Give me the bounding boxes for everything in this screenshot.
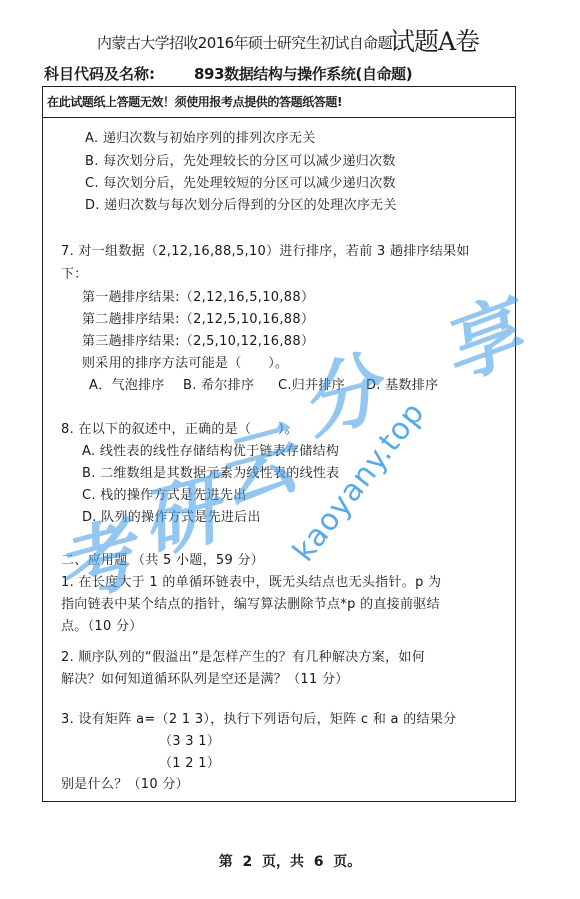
s2-q3-matrix-row2: （3 3 1） <box>159 730 220 749</box>
q7-stem-line1: 7. 对一组数据（2,12,16,88,5,10）进行排序，若前 3 趟排序结果… <box>61 240 470 259</box>
subject-line: 科目代码及名称:893数据结构与操作系统(自命题) <box>44 63 412 84</box>
q8-stem: 8. 在以下的叙述中，正确的是（ ）。 <box>61 418 298 437</box>
q7-result-3: 第三趟排序结果:（2,5,10,12,16,88） <box>82 330 314 349</box>
q7-stem-line2: 下： <box>61 263 88 282</box>
q7-option-d: D. 基数排序 <box>366 374 438 393</box>
question-box: 在此试题纸上答题无效！须使用报考点提供的答题纸答题! A. 递归次数与初始序列的… <box>42 86 516 802</box>
s2-q3-line1: 3. 设有矩阵 a=（2 1 3），执行下列语句后，矩阵 c 和 a 的结果分 <box>61 708 456 727</box>
q8-option-c: C. 栈的操作方式是先进先出 <box>82 484 247 503</box>
subject-label: 科目代码及名称: <box>44 63 194 84</box>
q7-result-2: 第二趟排序结果:（2,12,5,10,16,88） <box>82 308 314 327</box>
s2-q3-line4: 别是什么？（10 分） <box>61 773 189 792</box>
q7-option-a: A．气泡排序 <box>89 374 183 393</box>
s2-q3-matrix-row3: （1 2 1） <box>159 752 220 771</box>
question-content: A. 递归次数与初始序列的排列次序无关 B. 每次划分后，先处理较长的分区可以减… <box>43 87 515 801</box>
q7-question: 则采用的排序方法可能是（ ）。 <box>82 352 288 371</box>
s2-q2-line2: 解决？如何知道循环队列是空还是满？（11 分） <box>61 668 349 687</box>
q6-option-d: D. 递归次数与每次划分后得到的分区的处理次序无关 <box>85 194 397 213</box>
q7-options: A．气泡排序B. 希尔排序C.归并排序D. 基数排序 <box>89 374 438 393</box>
page-number: 第 2 页，共 6 页。 <box>0 851 580 871</box>
q6-option-b: B. 每次划分后，先处理较长的分区可以减少递归次数 <box>85 150 396 169</box>
s2-q1-line1: 1. 在长度大于 1 的单循环链表中，既无头结点也无头指针。p 为 <box>61 571 441 590</box>
q6-option-a: A. 递归次数与初始序列的排列次序无关 <box>85 127 316 146</box>
q7-result-1: 第一趟排序结果:（2,12,16,5,10,88） <box>82 286 314 305</box>
s2-q2-line1: 2. 顺序队列的“假溢出”是怎样产生的？有几种解决方案，如何 <box>61 646 425 665</box>
exam-title: 内蒙古大学招收2016年硕士研究生初试自命题 <box>97 32 392 53</box>
section2-heading: 二、应用题 （共 5 小题，59 分） <box>61 549 264 568</box>
subject-value: 893数据结构与操作系统(自命题) <box>194 63 412 84</box>
q8-option-b: B. 二维数组是其数据元素为线性表的线性表 <box>82 462 339 481</box>
q8-option-a: A. 线性表的线性存储结构优于链表存储结构 <box>82 440 339 459</box>
s2-q1-line3: 点。（10 分） <box>61 615 143 634</box>
exam-paper-type: 试题A卷 <box>390 22 479 58</box>
q8-option-d: D. 队列的操作方式是先进后出 <box>82 506 261 525</box>
page-header: 内蒙古大学招收2016年硕士研究生初试自命题 试题A卷 <box>0 22 580 58</box>
q7-option-b: B. 希尔排序 <box>183 374 278 393</box>
q6-option-c: C. 每次划分后，先处理较短的分区可以减少递归次数 <box>85 172 396 191</box>
q7-option-c: C.归并排序 <box>278 374 366 393</box>
s2-q1-line2: 指向链表中某个结点的指针，编写算法删除节点*p 的直接前驱结 <box>61 593 440 612</box>
